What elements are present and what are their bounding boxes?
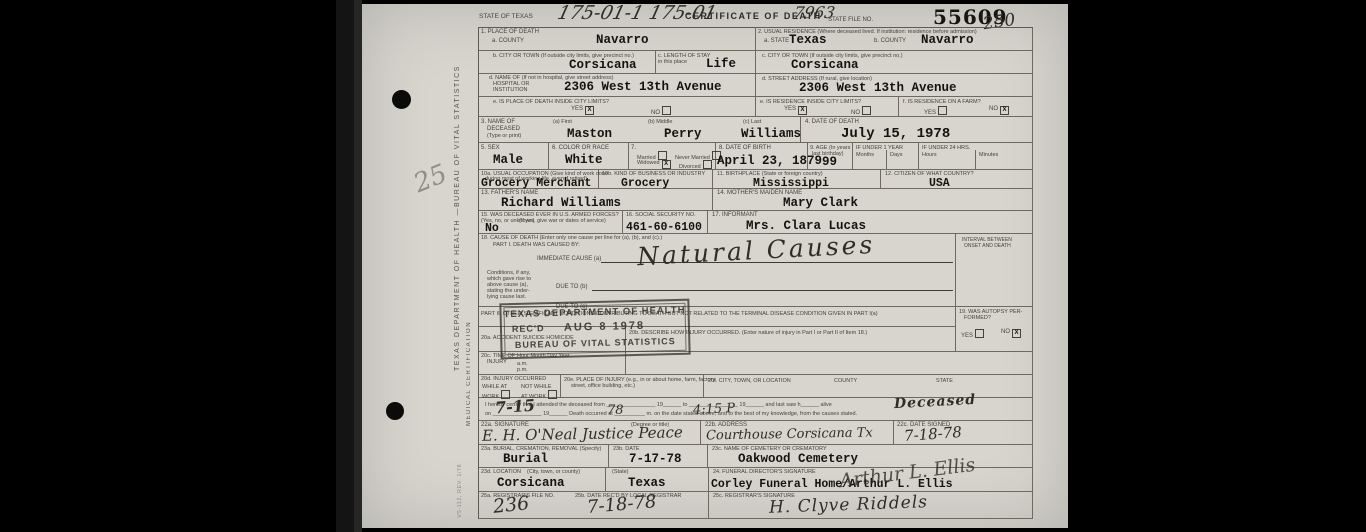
- field-mothers-maiden-name: 14. MOTHER'S MAIDEN NAME Mary Clark: [713, 189, 1033, 211]
- date-of-death-value: July 15, 1978: [841, 128, 950, 141]
- fathers-name-value: Richard Williams: [501, 197, 621, 210]
- field-fathers-name: 13. FATHER'S NAME Richard Williams: [479, 189, 713, 211]
- field-cemetery: 23c. NAME OF CEMETERY OR CREMATORY Oakwo…: [708, 445, 1033, 468]
- date-of-birth-value: April 23, 1879: [717, 155, 822, 168]
- hospital-value: 2306 West 13th Avenue: [564, 81, 722, 94]
- burial-date-value: 7-17-78: [629, 453, 682, 466]
- handwritten-registrar-signature: H. Clyve Riddels: [769, 492, 929, 518]
- field-burial: 23a. BURIAL, CREMATION, REMOVAL (Specify…: [479, 445, 609, 468]
- state-file-no-label: STATE FILE NO.: [828, 17, 873, 24]
- field-place-of-death: 1. PLACE OF DEATH a. COUNTY Navarro: [479, 28, 756, 51]
- handwritten-scribble: Deceased: [894, 392, 977, 412]
- place-limits-no-checkbox: [662, 106, 671, 115]
- residence-limits-no-checkbox: [862, 106, 871, 115]
- field-burial-date: 23b. DATE 7-17-78: [609, 445, 708, 468]
- field-age: 9. AGE (In years last birthday) 99: [808, 143, 853, 170]
- field-usual-occupation: 10a. USUAL OCCUPATION (Give kind of work…: [479, 170, 599, 189]
- field-length-of-stay: c. LENGTH OF STAY in this place Life: [656, 51, 756, 74]
- burial-value: Burial: [503, 453, 548, 466]
- field-street-address: d. STREET ADDRESS (If rural, give locati…: [756, 74, 1033, 97]
- field-interval-onset: INTERVAL BETWEEN ONSET AND DEATH: [956, 234, 1033, 307]
- field-cause-of-death: 18. CAUSE OF DEATH (Enter only one cause…: [479, 234, 956, 307]
- first-name-value: Maston: [567, 128, 612, 141]
- field-place-inside-limits: e. IS PLACE OF DEATH INSIDE CITY LIMITS?…: [479, 97, 756, 117]
- place-limits-yes-checkbox: X: [585, 106, 594, 115]
- field-residence-on-farm: f. IS RESIDENCE ON A FARM? YES NOX: [899, 97, 1033, 117]
- place-county-value: Navarro: [596, 34, 649, 47]
- place-city-value: Corsicana: [569, 59, 637, 72]
- handwritten-time-of-death: 4:15 P: [693, 401, 736, 418]
- microfilm-scan: TEXAS DEPARTMENT OF HEALTH —BUREAU OF VI…: [0, 0, 1366, 532]
- residence-city-value: Corsicana: [791, 59, 859, 72]
- field-injury-occurred: 20d. INJURY OCCURRED WHILE ATWORK NOT WH…: [479, 375, 561, 398]
- cemetery-value: Oakwood Cemetery: [738, 453, 858, 466]
- street-address-value: 2306 West 13th Avenue: [799, 82, 957, 95]
- field-funeral-director: 24. FUNERAL DIRECTOR'S SIGNATURE Corley …: [709, 468, 1033, 492]
- field-first-name: (a) First Maston: [549, 117, 644, 143]
- handwritten-year: 78: [607, 403, 624, 418]
- handwritten-date-signed: 7-18-78: [903, 423, 962, 445]
- farm-no-checkbox: X: [1000, 106, 1009, 115]
- field-burial-location-city: 23d. LOCATION (City, town, or county) Co…: [479, 468, 606, 492]
- residence-county-value: Navarro: [921, 34, 974, 47]
- farm-yes-checkbox: [938, 106, 947, 115]
- field-hospital: d. NAME OF (If not in hospital, give str…: [479, 74, 756, 97]
- field-social-security: 16. SOCIAL SECURITY NO. 461-60-6100: [623, 211, 708, 234]
- ssn-value: 461-60-6100: [626, 221, 702, 234]
- field-registrar-file-no: 25a. REGISTRAR'S FILE NO. 236: [479, 492, 571, 519]
- field-place-city: b. CITY OR TOWN (If outside city limits,…: [479, 51, 656, 74]
- field-registrar-date: 25b. DATE REC'D BY LOCAL REGISTRAR 7-18-…: [571, 492, 709, 519]
- autopsy-no-checkbox: X: [1012, 329, 1021, 338]
- vertical-dept-text: TEXAS DEPARTMENT OF HEALTH —BUREAU OF VI…: [454, 55, 461, 371]
- received-stamp: TEXAS DEPARTMENT OF HEALTH REC'D AUG 8 1…: [499, 299, 690, 360]
- field-middle-name: (b) Middle Perry: [644, 117, 739, 143]
- field-citizen-of: 12. CITIZEN OF WHAT COUNTRY? USA: [881, 170, 1033, 189]
- mothers-name-value: Mary Clark: [783, 197, 858, 210]
- field-registrar-signature: 25c. REGISTRAR'S SIGNATURE H. Clyve Ridd…: [709, 492, 1033, 519]
- burial-state-value: Texas: [628, 477, 666, 490]
- film-edge-highlight: [354, 0, 362, 532]
- field-name-label: 3. NAME OF DECEASED (Type or print): [479, 117, 549, 143]
- middle-name-value: Perry: [664, 128, 702, 141]
- field-residence-inside-limits: e. IS RESIDENCE INSIDE CITY LIMITS? YESX…: [756, 97, 899, 117]
- field-armed-forces: 15. WAS DECEASED EVER IN U.S. ARMED FORC…: [479, 211, 623, 234]
- field-certifier-signature: 22a. SIGNATURE (Degree or title) E. H. O…: [479, 421, 701, 445]
- age-value: 99: [822, 156, 837, 169]
- state-of-texas-label: STATE OF TEXAS: [479, 13, 533, 20]
- punch-hole-top: [392, 90, 411, 109]
- field-color-or-race: 6. COLOR OR RACE White: [549, 143, 629, 170]
- race-value: White: [565, 154, 603, 167]
- residence-state-value: Texas: [789, 34, 827, 47]
- field-last-name: (c) Last Williams: [739, 117, 801, 143]
- field-birthplace: 11. BIRTHPLACE (State or foreign country…: [713, 170, 881, 189]
- field-burial-location-state: (State) Texas: [606, 468, 709, 492]
- autopsy-yes-checkbox: [975, 329, 984, 338]
- field-certifier-address: 22b. ADDRESS Courthouse Corsicana Tx: [701, 421, 894, 445]
- death-certificate-sheet: TEXAS DEPARTMENT OF HEALTH —BUREAU OF VI…: [362, 4, 1068, 528]
- field-kind-of-business: 10b. KIND OF BUSINESS OR INDUSTRY Grocer…: [599, 170, 713, 189]
- last-name-value: Williams: [741, 128, 801, 141]
- divorced-checkbox: [703, 160, 712, 169]
- field-injury-blank: [626, 352, 1033, 375]
- field-certification-statement: I hereby certify that I attended the dec…: [479, 398, 1033, 421]
- field-sex: 5. SEX Male: [479, 143, 549, 170]
- punch-hole-bottom: [386, 402, 404, 420]
- field-usual-residence: 2. USUAL RESIDENCE (Where deceased lived…: [756, 28, 1033, 51]
- handwritten-margin-note: 25: [410, 159, 452, 199]
- handwritten-registrar-file-no: 236: [492, 492, 530, 518]
- field-date-of-birth: 8. DATE OF BIRTH April 23, 1879: [716, 143, 808, 170]
- sex-value: Male: [493, 154, 523, 167]
- handwritten-cause-of-death: Natural Causes: [636, 230, 876, 271]
- field-date-of-death: 4. DATE OF DEATH July 15, 1978: [801, 117, 1033, 143]
- stamp-recd-label: REC'D: [512, 323, 545, 334]
- stamp-date: AUG 8 1978: [564, 320, 645, 334]
- residence-limits-yes-checkbox: X: [798, 106, 807, 115]
- field-residence-city: c. CITY OR TOWN (If outside city limits,…: [756, 51, 1033, 74]
- handwritten-certifier-signature: E. H. O'Neal Justice Peace: [482, 423, 683, 445]
- vertical-medical-certification-text: MEDICAL CERTIFICATION: [466, 290, 472, 426]
- length-of-stay-value: Life: [706, 58, 736, 71]
- field-autopsy: 19. WAS AUTOPSY PER- FORMED? YES NOX: [956, 307, 1033, 352]
- field-marital-status: 7. Married Never Married WidowedX Divorc…: [629, 143, 716, 170]
- handwritten-attended-from: 7-15: [494, 396, 535, 418]
- field-if-under-24-hrs: IF UNDER 24 HRS. Hours Minutes: [919, 143, 1033, 170]
- married-checkbox: [658, 151, 667, 160]
- field-injury-location: 20f. CITY, TOWN, OR LOCATION COUNTY STAT…: [704, 375, 1033, 398]
- form-grid: 1. PLACE OF DEATH a. COUNTY Navarro 2. U…: [478, 27, 1033, 519]
- widowed-checkbox: X: [662, 160, 671, 169]
- field-if-under-1-year: IF UNDER 1 YEAR Months Days: [853, 143, 919, 170]
- form-number-text: VS-112, REV. 1/78: [457, 440, 463, 518]
- handwritten-certifier-address: Courthouse Corsicana Tx: [706, 426, 873, 444]
- burial-city-value: Corsicana: [497, 477, 565, 490]
- field-place-of-injury: 20e. PLACE OF INJURY (e.g., in or about …: [561, 375, 704, 398]
- field-date-signed: 22c. DATE SIGNED 7-18-78: [894, 421, 1033, 445]
